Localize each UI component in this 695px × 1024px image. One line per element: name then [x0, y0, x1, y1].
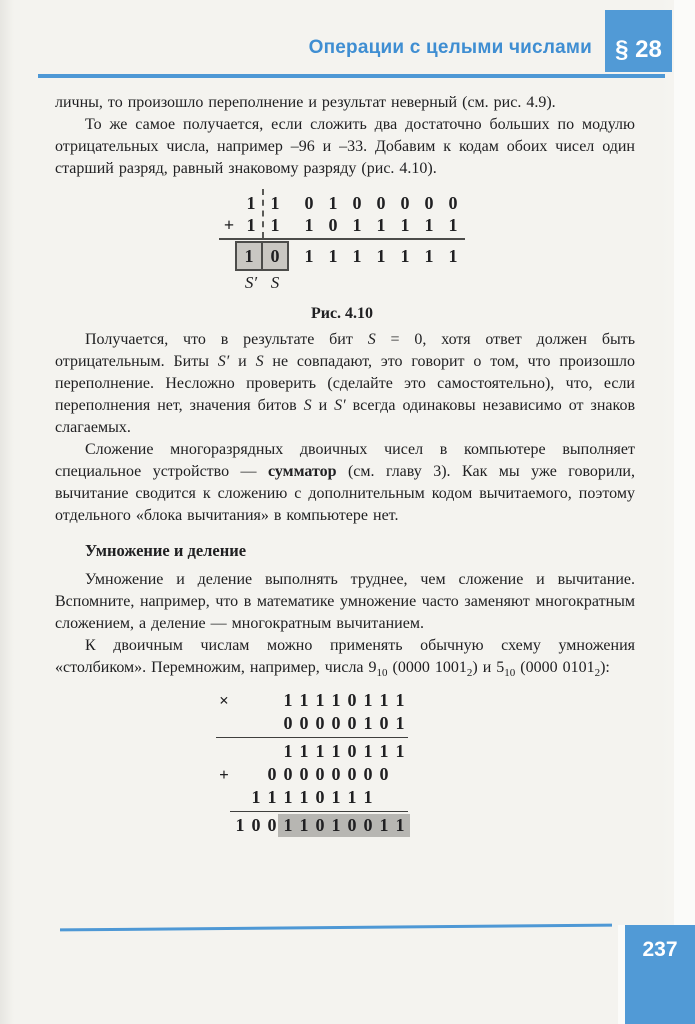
partial-product-1-bits: 11110111	[280, 741, 408, 762]
binary-digit: 0	[345, 193, 369, 214]
text-segment: 2	[467, 667, 473, 679]
binary-digit: 1	[376, 690, 392, 711]
binary-digit: 0	[360, 815, 376, 836]
binary-digit: 1	[264, 787, 280, 808]
binary-digit: 0	[264, 764, 280, 785]
binary-digit: 1	[248, 787, 264, 808]
text-segment: и	[312, 397, 335, 414]
chapter-header-title: Операции с целыми числами	[309, 37, 592, 59]
figure-bit-labels: S′ S	[219, 271, 465, 295]
plus-sign: +	[216, 765, 232, 785]
binary-digit: 1	[321, 246, 345, 267]
binary-digit: 1	[280, 815, 296, 836]
binary-digit: 0	[376, 713, 392, 734]
binary-digit: 0	[360, 764, 376, 785]
sum-rule-line	[230, 811, 408, 812]
multiplication-rule-line	[216, 737, 408, 738]
sum-rule-line	[219, 238, 465, 240]
binary-multiplication-example: × 11110111 00000101 11110111 + 00000000	[216, 689, 408, 837]
binary-digit: 0	[297, 193, 321, 214]
binary-digit: 1	[263, 193, 287, 214]
paragraph-mult-div-intro: Умножение и деление выполнять труднее, ч…	[55, 569, 635, 635]
paragraph-negative-sum-example: То же самое получается, если сложить два…	[55, 114, 635, 180]
text-segment: 10	[377, 667, 388, 679]
binary-digit: 1	[296, 741, 312, 762]
binary-digit: 1	[360, 787, 376, 808]
binary-digit: 0	[280, 713, 296, 734]
paragraph-column-multiplication-intro: К двоичным числам можно применять обычну…	[55, 635, 635, 679]
multiplicand-bits: 11110111	[280, 690, 408, 711]
binary-digit: 1	[328, 690, 344, 711]
binary-digit: 1	[345, 246, 369, 267]
text-segment: S	[368, 331, 376, 348]
binary-digit: 1	[237, 243, 263, 269]
addend1-value-bits: 0100000	[297, 193, 465, 214]
header-divider-rule	[38, 74, 665, 78]
text-segment: Получается, что в результате бит	[85, 331, 368, 348]
label-s: S	[263, 273, 287, 293]
binary-digit: 0	[376, 764, 392, 785]
binary-digit: 1	[376, 815, 392, 836]
text-segment: ) и 5	[472, 659, 504, 676]
binary-digit: 1	[345, 215, 369, 236]
binary-digit: 0	[344, 741, 360, 762]
binary-digit: 1	[392, 741, 408, 762]
binary-digit: 1	[369, 215, 393, 236]
binary-digit: 1	[417, 215, 441, 236]
binary-digit: 0	[321, 215, 345, 236]
figure-4-10: 11 0100000 + 11 1011111 10 1111111 S′ S	[219, 192, 465, 323]
subsection-heading: Умножение и деление	[55, 541, 635, 561]
footer-divider-rule	[60, 924, 612, 932]
binary-digit: 0	[369, 193, 393, 214]
text-segment: 10	[504, 667, 515, 679]
binary-digit: 1	[360, 690, 376, 711]
text-segment: S′	[334, 397, 346, 414]
binary-digit: 0	[312, 787, 328, 808]
binary-digit: 0	[344, 713, 360, 734]
binary-digit: 0	[344, 764, 360, 785]
paragraph-overflow-explanation: Получается, что в результате бит S = 0, …	[55, 329, 635, 439]
binary-digit: 1	[296, 815, 312, 836]
partial-product-row-3: 11110111	[216, 786, 408, 809]
binary-digit: 1	[392, 713, 408, 734]
binary-digit: 1	[280, 741, 296, 762]
paragraph-adder-device: Сложение многоразрядных двоичных чисел в…	[55, 439, 635, 527]
binary-digit: 0	[328, 713, 344, 734]
page-body: личны, то произошло переполнение и резул…	[55, 92, 635, 837]
paper-right-edge	[674, 0, 695, 1024]
partial-product-row-1: 11110111	[216, 740, 408, 763]
partial-product-row-2: + 00000000	[216, 763, 408, 786]
binary-digit: 1	[239, 193, 263, 214]
binary-digit: 1	[441, 246, 465, 267]
binary-digit: 0	[296, 764, 312, 785]
binary-digit: 0	[312, 815, 328, 836]
binary-digit: 1	[328, 787, 344, 808]
page-number-badge: 237	[618, 925, 695, 1024]
text-segment: ):	[600, 659, 610, 676]
result-sign-bits-boxed: 10	[235, 241, 289, 271]
figure-addend-row-2: + 11 1011111	[219, 214, 465, 236]
binary-digit: 1	[360, 741, 376, 762]
text-segment: и	[229, 353, 255, 370]
text-segment: S	[256, 353, 264, 370]
binary-digit: 1	[417, 246, 441, 267]
partial-product-2-bits: 00000000	[264, 764, 392, 785]
product-result-row: 100 11010011	[216, 814, 408, 837]
addend2-value-bits: 1011111	[297, 215, 465, 236]
result-value-bits: 1111111	[297, 246, 465, 267]
binary-digit: 1	[376, 741, 392, 762]
figure-addend-row-1: 11 0100000	[219, 192, 465, 214]
binary-digit: 0	[296, 713, 312, 734]
binary-digit: 1	[297, 215, 321, 236]
binary-digit: 0	[393, 193, 417, 214]
multiplier-bits: 00000101	[280, 713, 408, 734]
binary-digit: 0	[312, 764, 328, 785]
binary-digit: 0	[328, 764, 344, 785]
text-segment: S′	[218, 353, 230, 370]
binary-digit: 1	[328, 741, 344, 762]
binary-digit: 1	[328, 815, 344, 836]
binary-digit: 1	[369, 246, 393, 267]
figure-result-row: 10 1111111	[219, 241, 465, 271]
product-stored-byte-highlighted: 11010011	[278, 814, 410, 837]
binary-digit: 1	[232, 815, 248, 836]
binary-digit: 1	[312, 690, 328, 711]
binary-digit: 1	[393, 246, 417, 267]
binary-digit: 1	[280, 787, 296, 808]
binary-digit: 0	[441, 193, 465, 214]
binary-digit: 1	[360, 713, 376, 734]
figure-caption: Рис. 4.10	[219, 305, 465, 323]
plus-sign: +	[219, 215, 239, 236]
section-badge: § 28	[605, 10, 672, 72]
binary-digit: 1	[392, 690, 408, 711]
binary-digit: 0	[344, 690, 360, 711]
binary-digit: 1	[393, 215, 417, 236]
text-segment: 2	[595, 667, 601, 679]
binary-digit: 0	[248, 815, 264, 836]
binary-digit: 1	[297, 246, 321, 267]
text-segment: (0000 1001	[388, 659, 467, 676]
product-overflow-bits: 100	[232, 815, 280, 836]
label-s-prime: S′	[239, 273, 263, 293]
text-segment: (0000 0101	[515, 659, 594, 676]
binary-digit: 0	[417, 193, 441, 214]
binary-digit: 0	[263, 243, 287, 269]
multiplicand-row: × 11110111	[216, 689, 408, 712]
binary-digit: 1	[263, 215, 287, 236]
binary-digit: 1	[296, 690, 312, 711]
paragraph-overflow-continuation: личны, то произошло переполнение и резул…	[55, 92, 635, 114]
binary-digit: 1	[321, 193, 345, 214]
binary-digit: 0	[280, 764, 296, 785]
binary-digit: 1	[312, 741, 328, 762]
binary-digit: 1	[280, 690, 296, 711]
text-segment: S	[304, 397, 312, 414]
binary-digit: 0	[312, 713, 328, 734]
binary-digit: 1	[392, 815, 408, 836]
binary-digit: 1	[296, 787, 312, 808]
binary-digit: 1	[344, 787, 360, 808]
textbook-page: Операции с целыми числами § 28 личны, то…	[0, 0, 695, 1024]
multiplier-row: 00000101	[216, 712, 408, 735]
binary-digit: 1	[441, 215, 465, 236]
times-sign: ×	[216, 691, 232, 711]
binary-digit: 1	[239, 215, 263, 236]
binary-digit: 0	[344, 815, 360, 836]
partial-product-3-bits: 11110111	[248, 787, 376, 808]
text-segment: сумматор	[268, 463, 337, 480]
sign-column-dashed-divider	[262, 189, 264, 238]
